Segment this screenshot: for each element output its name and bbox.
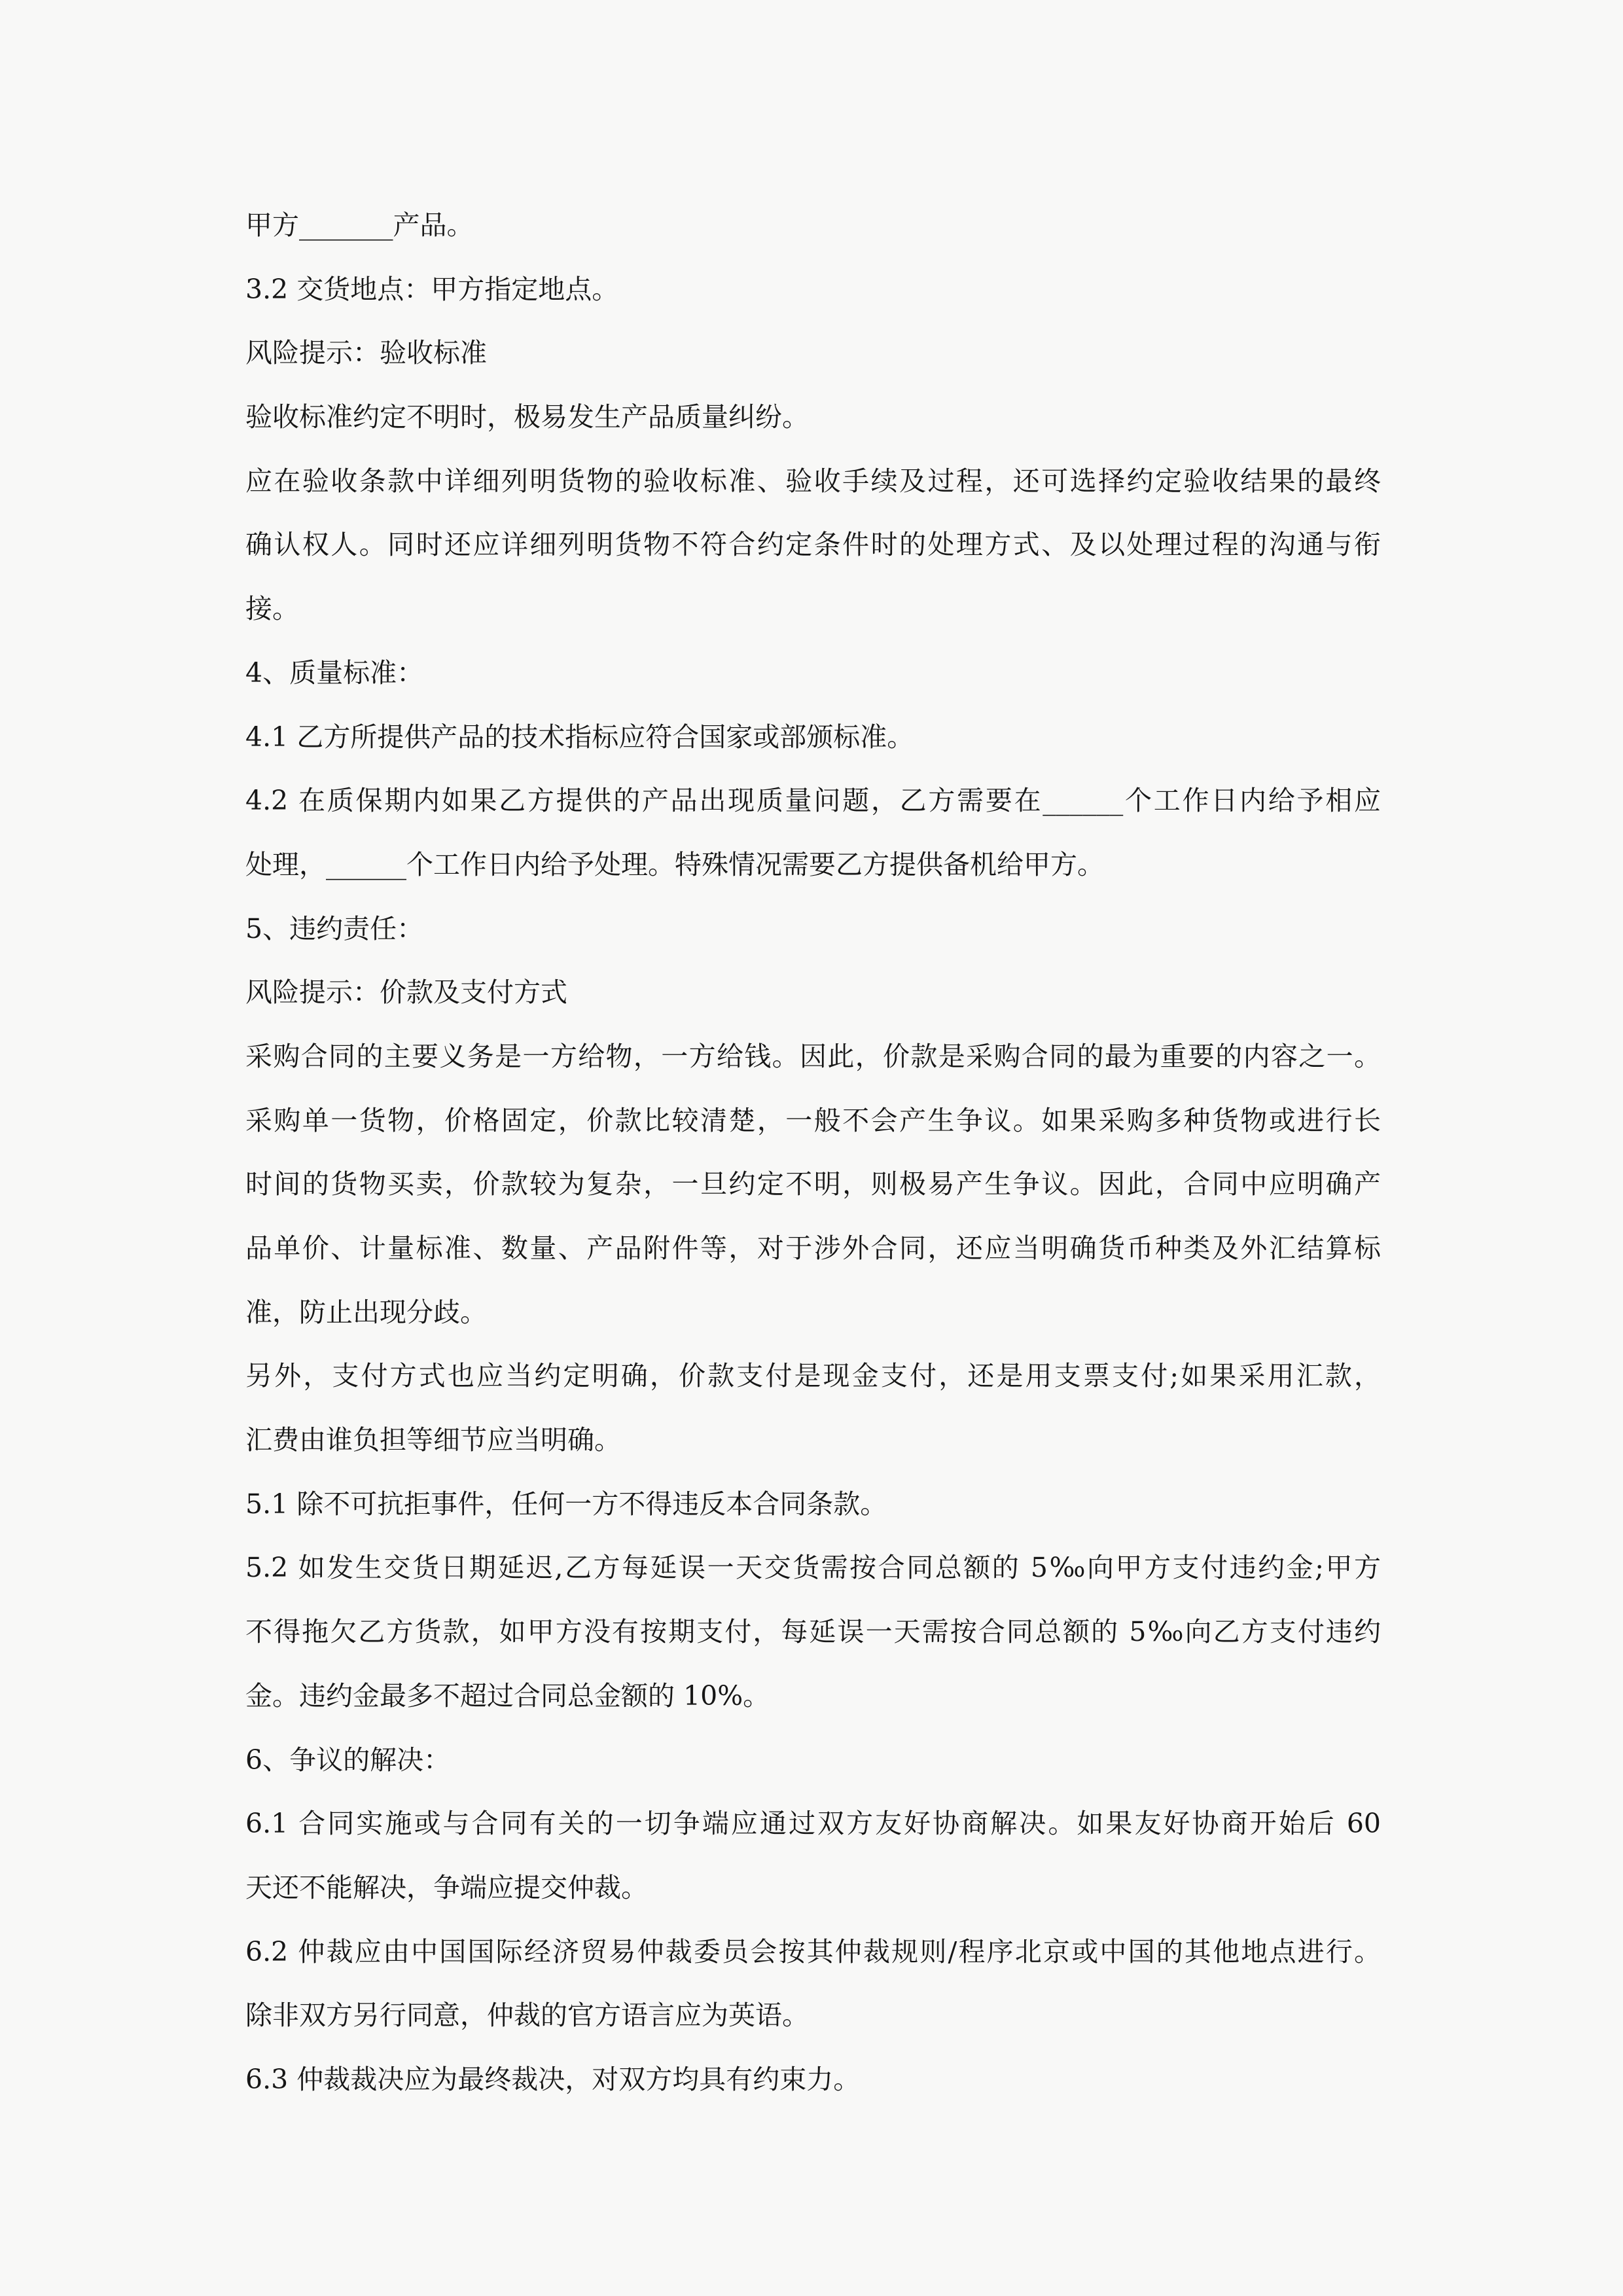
document-line: 不得拖欠乙方货款，如甲方没有按期支付，每延误一天需按合同总额的 5‰向乙方支付违… <box>245 1600 1381 1664</box>
document-line: 验收标准约定不明时，极易发生产品质量纠纷。 <box>245 386 1381 450</box>
contract-document-page: 甲方_______产品。 3.2 交货地点：甲方指定地点。 风险提示：验收标准 … <box>0 0 1623 2296</box>
document-line: 金。违约金最多不超过合同总金额的 10%。 <box>245 1664 1381 1729</box>
document-line: 应在验收条款中详细列明货物的验收标准、验收手续及过程，还可选择约定验收结果的最终 <box>245 450 1381 514</box>
document-line: 风险提示：验收标准 <box>245 321 1381 386</box>
document-line: 6、争议的解决： <box>245 1729 1381 1793</box>
document-line: 确认权人。同时还应详细列明货物不符合约定条件时的处理方式、及以处理过程的沟通与衔 <box>245 513 1381 577</box>
document-line: 5.2 如发生交货日期延迟,乙方每延误一天交货需按合同总额的 5‰向甲方支付违约… <box>245 1536 1381 1600</box>
document-line: 准，防止出现分歧。 <box>245 1281 1381 1345</box>
document-line: 采购合同的主要义务是一方给物，一方给钱。因此，价款是采购合同的最为重要的内容之一… <box>245 1025 1381 1089</box>
document-line: 除非双方另行同意，仲裁的官方语言应为英语。 <box>245 1984 1381 2048</box>
document-line: 汇费由谁负担等细节应当明确。 <box>245 1408 1381 1473</box>
document-line: 时间的货物买卖，价款较为复杂，一旦约定不明，则极易产生争议。因此，合同中应明确产 <box>245 1153 1381 1217</box>
document-line: 4.2 在质保期内如果乙方提供的产品出现质量问题，乙方需要在______个工作日… <box>245 769 1381 833</box>
document-line: 接。 <box>245 577 1381 641</box>
document-line: 3.2 交货地点：甲方指定地点。 <box>245 258 1381 322</box>
document-line: 4、质量标准： <box>245 641 1381 706</box>
document-line: 6.2 仲裁应由中国国际经济贸易仲裁委员会按其仲裁规则/程序北京或中国的其他地点… <box>245 1920 1381 1984</box>
document-line: 风险提示：价款及支付方式 <box>245 961 1381 1025</box>
document-line: 另外，支付方式也应当约定明确，价款支付是现金支付，还是用支票支付;如果采用汇款， <box>245 1344 1381 1408</box>
document-line: 天还不能解决，争端应提交仲裁。 <box>245 1856 1381 1920</box>
document-line: 品单价、计量标准、数量、产品附件等，对于涉外合同，还应当明确货币种类及外汇结算标 <box>245 1217 1381 1281</box>
document-line: 4.1 乙方所提供产品的技术指标应符合国家或部颁标准。 <box>245 706 1381 770</box>
document-line: 5.1 除不可抗拒事件，任何一方不得违反本合同条款。 <box>245 1473 1381 1537</box>
document-line: 5、违约责任： <box>245 897 1381 961</box>
document-line: 处理，______个工作日内给予处理。特殊情况需要乙方提供备机给甲方。 <box>245 833 1381 897</box>
document-line: 6.1 合同实施或与合同有关的一切争端应通过双方友好协商解决。如果友好协商开始后… <box>245 1792 1381 1856</box>
document-line: 6.3 仲裁裁决应为最终裁决，对双方均具有约束力。 <box>245 2048 1381 2112</box>
document-line: 采购单一货物，价格固定，价款比较清楚，一般不会产生争议。如果采购多种货物或进行长 <box>245 1089 1381 1153</box>
document-line: 甲方_______产品。 <box>245 194 1381 258</box>
